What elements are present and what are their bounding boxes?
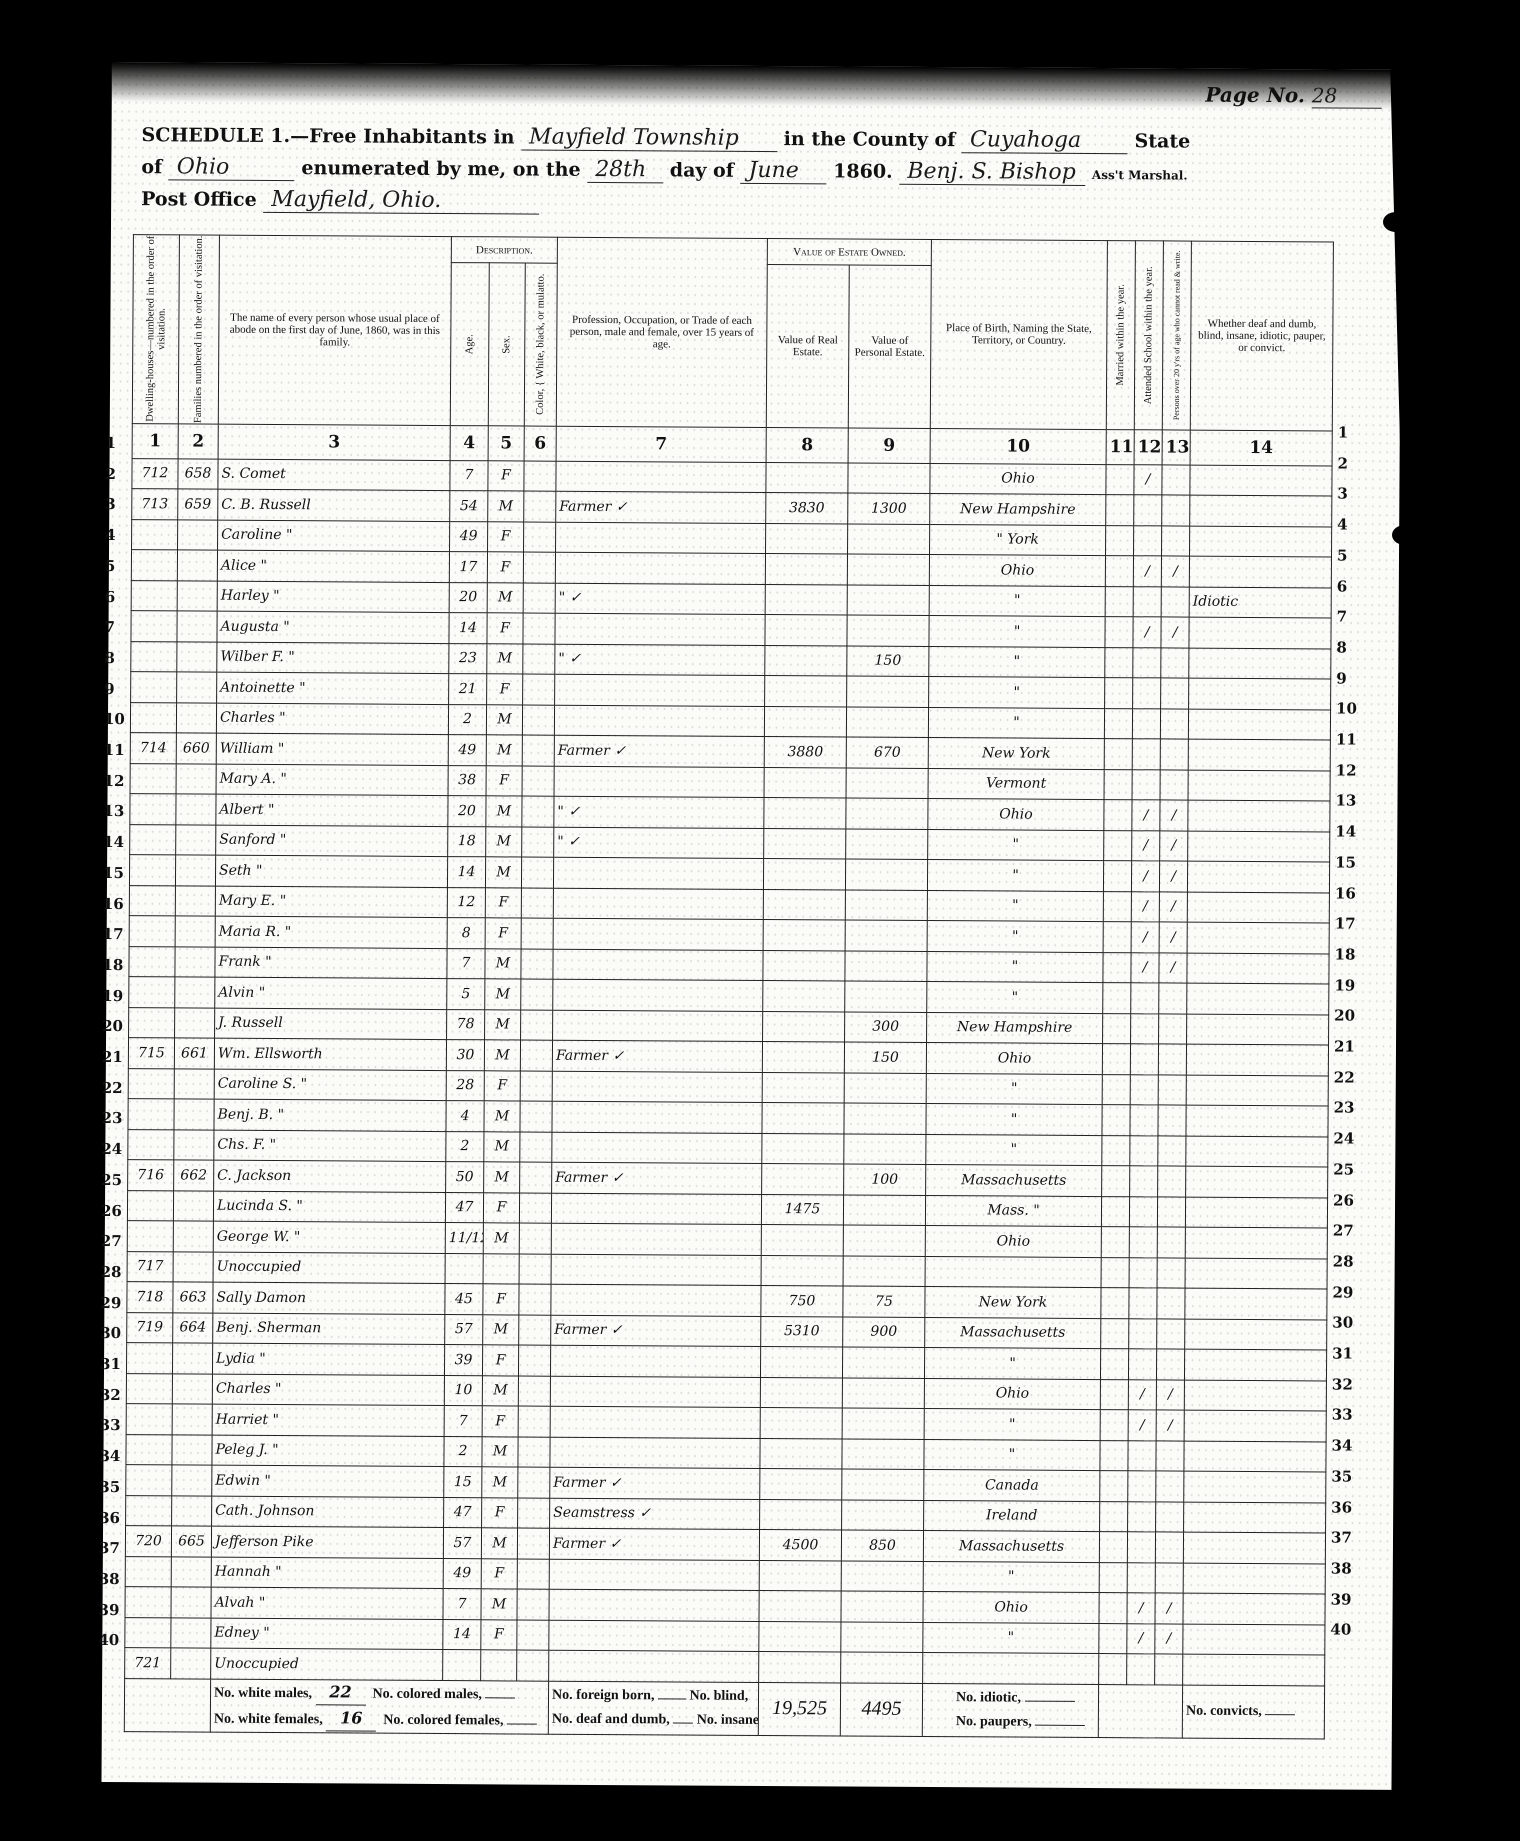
person-name: Harley " [217, 581, 449, 613]
col-occupation-header: Profession, Occupation, or Trade of each… [556, 237, 767, 427]
family-number [174, 1099, 214, 1130]
line-number: 5 [105, 557, 116, 575]
age: 49 [450, 521, 488, 552]
line-number: 25 [101, 1171, 122, 1189]
illiterate-mark: / [1161, 617, 1189, 648]
line-number: 14 [103, 833, 124, 851]
color [519, 1254, 551, 1285]
illiterate-mark [1157, 1318, 1185, 1349]
age: 17 [449, 552, 487, 583]
age: 28 [446, 1070, 484, 1101]
personal-estate-value: 150 [847, 646, 929, 677]
binder-hole [1410, 1450, 1436, 1470]
condition-note [1190, 465, 1332, 496]
person-name: Alvah " [211, 1587, 443, 1619]
condition-note [1187, 1014, 1329, 1045]
occupation [550, 1376, 760, 1408]
right-line-number: 3 [1337, 485, 1348, 503]
estate-group-header: Value of Estate Owned. [767, 239, 931, 266]
color [521, 1010, 553, 1041]
right-line-number: 21 [1334, 1037, 1355, 1055]
real-estate-value: 4500 [759, 1529, 841, 1560]
person-name: Edwin " [212, 1465, 444, 1497]
condition-note [1183, 1532, 1325, 1563]
real-estate-value [765, 676, 847, 707]
line-number: 1 [106, 434, 117, 452]
census-table: Dwelling-houses—numbered in the order of… [124, 234, 1334, 1739]
personal-estate-value [845, 890, 927, 921]
person-name: William " [216, 733, 448, 765]
age: 8 [447, 918, 485, 949]
married-mark [1102, 1135, 1130, 1166]
occupation [554, 705, 764, 737]
occupation [551, 1345, 761, 1377]
birthplace: Ohio [930, 463, 1106, 495]
age: 14 [449, 613, 487, 644]
illiterate-mark [1155, 1654, 1183, 1685]
right-line-number: 37 [1331, 1529, 1352, 1547]
school-mark: / [1132, 861, 1160, 892]
line-number: 36 [99, 1508, 120, 1526]
color [523, 583, 555, 614]
family-number [175, 946, 215, 977]
personal-estate-value [842, 1439, 924, 1470]
col-number: 3 [218, 424, 450, 460]
col-number: 7 [556, 426, 766, 462]
right-line-number: 40 [1330, 1621, 1351, 1639]
right-line-number: 38 [1331, 1559, 1352, 1577]
person-name: Augusta " [217, 611, 449, 643]
color [518, 1376, 550, 1407]
dwelling-number: 714 [130, 733, 176, 764]
color [519, 1284, 551, 1315]
col-number: 11 [1106, 429, 1134, 464]
census-page: Page No. 28 SCHEDULE 1.—Free Inhabitants… [101, 62, 1401, 1790]
person-name: Frank " [215, 947, 447, 979]
color [520, 1101, 552, 1132]
color [524, 461, 556, 492]
illiterate-mark [1161, 586, 1189, 617]
family-number [177, 672, 217, 703]
state-label: State [1135, 130, 1191, 152]
binder-hole [1400, 835, 1426, 855]
real-estate-value [760, 1499, 842, 1530]
age: 12 [447, 887, 485, 918]
condition-note [1184, 1502, 1326, 1533]
person-name: C. Jackson [214, 1160, 446, 1192]
right-line-number: 17 [1335, 915, 1356, 933]
real-estate-value [763, 859, 845, 890]
birthplace: Ohio [923, 1591, 1099, 1623]
personal-estate-value [844, 1134, 926, 1165]
married-mark [1104, 769, 1132, 800]
line-number: 40 [98, 1631, 119, 1649]
occupation [553, 857, 763, 889]
dwelling-number [126, 1373, 172, 1404]
family-number: 661 [174, 1038, 214, 1069]
sex [483, 1253, 519, 1284]
sex: M [485, 979, 521, 1010]
occupation [553, 949, 763, 981]
illiterate-mark [1162, 495, 1190, 526]
birthplace: " York [930, 524, 1106, 556]
occupation: " ✓ [554, 827, 764, 859]
birthplace: Ohio [925, 1226, 1101, 1258]
real-estate-value [762, 1072, 844, 1103]
illiterate-mark [1162, 464, 1190, 495]
personal-estate-value [842, 1469, 924, 1500]
dwelling-number [128, 1129, 174, 1160]
condition-note [1186, 1105, 1328, 1136]
dwelling-number: 721 [125, 1648, 171, 1679]
real-estate-value [759, 1621, 841, 1652]
col-age-header: Age. [450, 263, 489, 426]
illiterate-mark [1157, 1288, 1185, 1319]
occupation [552, 1071, 762, 1103]
col-number: 2 [178, 423, 218, 458]
convicts-label: No. convicts, [1186, 1703, 1262, 1718]
color [518, 1406, 550, 1437]
schedule-header-line2: of Ohio enumerated by me, on the 28th da… [141, 154, 1187, 186]
color [522, 766, 554, 797]
occupation: Farmer ✓ [552, 1162, 762, 1194]
age: 18 [448, 826, 486, 857]
dwelling-number [125, 1587, 171, 1618]
totals-white-colored: No. white males, 22 No. colored males, N… [210, 1679, 548, 1734]
real-estate-value [766, 462, 848, 493]
personal-estate-value [846, 707, 928, 738]
color [520, 1162, 552, 1193]
dwelling-number: 719 [127, 1312, 173, 1343]
family-number [177, 611, 217, 642]
col-illiterate-header: Persons over 20 y'rs of age who cannot r… [1162, 241, 1191, 430]
person-name: Cath. Johnson [212, 1496, 444, 1528]
birthplace [923, 1652, 1099, 1684]
col-dwelling-header: Dwelling-houses—numbered in the order of… [132, 235, 179, 424]
dwelling-number [128, 1068, 174, 1099]
condition-note [1188, 709, 1330, 740]
right-line-number: 4 [1337, 516, 1348, 534]
sex: F [482, 1406, 518, 1437]
family-number [174, 1068, 214, 1099]
dwelling-number: 718 [127, 1282, 173, 1313]
school-mark: / [1127, 1623, 1155, 1654]
condition-note [1183, 1654, 1325, 1685]
birthplace: " [926, 1073, 1102, 1105]
color [521, 857, 553, 888]
color [521, 918, 553, 949]
illiterate-mark: / [1155, 1593, 1183, 1624]
sex: M [487, 582, 523, 613]
sex: M [482, 1467, 518, 1498]
person-name: Mary E. " [215, 886, 447, 918]
binder-hole [1383, 212, 1409, 232]
family-number: 665 [171, 1526, 211, 1557]
real-estate-value [762, 1103, 844, 1134]
occupation [551, 1223, 761, 1255]
illiterate-mark: / [1156, 1410, 1184, 1441]
month-field: June [741, 158, 827, 185]
dwelling-number: 717 [127, 1251, 173, 1282]
right-line-number: 13 [1335, 792, 1356, 810]
age: 2 [444, 1436, 482, 1467]
real-estate-value [764, 767, 846, 798]
birthplace: Ohio [929, 555, 1105, 587]
person-name: Chs. F. " [214, 1130, 446, 1162]
school-mark [1128, 1501, 1156, 1532]
personal-estate-value [846, 798, 928, 829]
illiterate-mark [1158, 1166, 1186, 1197]
page-number-value: 28 [1312, 83, 1382, 108]
personal-estate-value: 850 [841, 1530, 923, 1561]
condition-note [1185, 1197, 1327, 1228]
line-number: 37 [99, 1539, 120, 1557]
real-estate-value: 5310 [761, 1316, 843, 1347]
line-number: 20 [102, 1017, 123, 1035]
sex: M [482, 1375, 518, 1406]
age [445, 1253, 483, 1284]
col-number: 10 [930, 428, 1106, 464]
family-number [177, 580, 217, 611]
person-name: Alvin " [215, 977, 447, 1009]
line-number: 31 [100, 1355, 121, 1373]
color [517, 1528, 549, 1559]
married-mark [1106, 495, 1134, 526]
sex: F [482, 1497, 518, 1528]
illiterate-mark [1156, 1440, 1184, 1471]
school-mark: / [1128, 1410, 1156, 1441]
birthplace: Ohio [928, 799, 1104, 831]
line-number: 26 [101, 1201, 122, 1219]
family-number [176, 824, 216, 855]
color [523, 613, 555, 644]
illiterate-mark [1158, 1044, 1186, 1075]
illiterate-mark: / [1159, 891, 1187, 922]
family-number [174, 1129, 214, 1160]
right-line-number: 20 [1334, 1007, 1355, 1025]
school-mark [1129, 1227, 1157, 1258]
married-mark [1103, 983, 1131, 1014]
color [517, 1559, 549, 1590]
personal-estate-value [847, 585, 929, 616]
right-line-number: 19 [1334, 976, 1355, 994]
illiterate-mark: / [1161, 556, 1189, 587]
married-mark [1099, 1623, 1127, 1654]
school-mark: / [1132, 830, 1160, 861]
line-number: 18 [102, 956, 123, 974]
color [524, 522, 556, 553]
birthplace: " [927, 982, 1103, 1014]
school-mark [1128, 1471, 1156, 1502]
sex: M [481, 1589, 517, 1620]
line-number: 2 [105, 465, 116, 483]
real-estate-value [763, 950, 845, 981]
color [518, 1467, 550, 1498]
age: 7 [447, 948, 485, 979]
color [519, 1315, 551, 1346]
family-number [178, 519, 218, 550]
dwelling-number [129, 977, 175, 1008]
age: 50 [446, 1162, 484, 1193]
occupation: Farmer ✓ [550, 1467, 760, 1499]
right-line-number: 34 [1332, 1437, 1353, 1455]
married-mark [1099, 1532, 1127, 1563]
birthplace [925, 1256, 1101, 1288]
personal-estate-value [845, 951, 927, 982]
day-of-label: day of [670, 159, 734, 181]
color [520, 1132, 552, 1163]
col-number: 13 [1162, 429, 1190, 464]
right-line-number: 9 [1336, 669, 1347, 687]
sex: M [482, 1436, 518, 1467]
birthplace: " [929, 646, 1105, 678]
sex: F [481, 1619, 517, 1650]
line-number: 24 [101, 1140, 122, 1158]
family-number [175, 885, 215, 916]
age: 21 [449, 674, 487, 705]
school-mark: / [1133, 556, 1161, 587]
state-field: Ohio [169, 154, 295, 181]
birthplace: " [923, 1561, 1099, 1593]
enumerated-label: enumerated by me, on the [301, 157, 580, 181]
line-number: 6 [105, 587, 116, 605]
birthplace: Ohio [926, 1043, 1102, 1075]
person-name: Maria R. " [215, 916, 447, 948]
color [522, 705, 554, 736]
married-mark [1104, 708, 1132, 739]
personal-estate-value [845, 859, 927, 890]
married-mark [1104, 830, 1132, 861]
col-color-header: Color, { White, black, or mulatto. [524, 263, 557, 426]
person-name: Caroline " [218, 520, 450, 552]
occupation: Farmer ✓ [549, 1528, 759, 1560]
occupation [549, 1559, 759, 1591]
age: 2 [448, 704, 486, 735]
illiterate-mark [1158, 1074, 1186, 1105]
occupation [556, 461, 766, 493]
sex: M [481, 1528, 517, 1559]
real-estate-value [763, 889, 845, 920]
married-mark [1102, 1074, 1130, 1105]
illiterate-mark [1158, 1105, 1186, 1136]
personal-estate-value [847, 615, 929, 646]
birthplace: " [929, 616, 1105, 648]
family-number [177, 641, 217, 672]
colored-females-label: No. colored females, [383, 1712, 503, 1728]
real-estate-value [759, 1560, 841, 1591]
family-number [175, 1007, 215, 1038]
condition-note [1187, 983, 1329, 1014]
condition-note [1184, 1410, 1326, 1441]
birthplace: Mass. " [925, 1195, 1101, 1227]
person-name: Mary A. " [216, 764, 448, 796]
binder-hole [1392, 525, 1418, 545]
sex: M [486, 796, 522, 827]
condition-note [1187, 892, 1329, 923]
col-number: 1 [132, 423, 178, 458]
real-estate-value: 750 [761, 1286, 843, 1317]
illiterate-mark [1156, 1471, 1184, 1502]
illiterate-mark [1155, 1532, 1183, 1563]
birthplace: New Hampshire [930, 494, 1106, 526]
dwelling-number [127, 1221, 173, 1252]
line-number: 7 [104, 618, 115, 636]
sex: F [486, 765, 522, 796]
line-number: 21 [102, 1048, 123, 1066]
personal-estate-value: 75 [843, 1286, 925, 1317]
color [522, 735, 554, 766]
sex: F [482, 1345, 518, 1376]
family-number: 662 [174, 1160, 214, 1191]
married-mark [1104, 861, 1132, 892]
school-mark: / [1134, 464, 1162, 495]
birthplace: " [925, 1348, 1101, 1380]
personal-estate-value [841, 1560, 923, 1591]
family-number: 659 [178, 489, 218, 520]
family-number [176, 702, 216, 733]
line-number: 34 [99, 1447, 120, 1465]
real-estate-value [766, 523, 848, 554]
married-mark [1103, 1013, 1131, 1044]
person-name: C. B. Russell [218, 489, 450, 521]
real-estate-value [764, 706, 846, 737]
condition-note [1186, 1136, 1328, 1167]
illiterate-mark [1159, 1013, 1187, 1044]
real-estate-value [760, 1438, 842, 1469]
occupation [549, 1650, 759, 1682]
schedule-label: SCHEDULE 1.—Free Inhabitants in [141, 124, 514, 148]
birthplace: Ireland [924, 1500, 1100, 1532]
age: 57 [445, 1314, 483, 1345]
census-rows: 712658S. Comet7FOhio/713659C. B. Russell… [125, 458, 1332, 1685]
col-number: 8 [766, 427, 848, 463]
occupation [553, 888, 763, 920]
dwelling-number [126, 1465, 172, 1496]
personal-estate-value: 100 [844, 1164, 926, 1195]
right-line-number: 28 [1333, 1252, 1354, 1270]
day-field: 28th [587, 157, 663, 183]
real-estate-value [763, 981, 845, 1012]
right-line-number: 6 [1337, 577, 1348, 595]
dwelling-number: 713 [132, 489, 178, 520]
married-mark [1105, 617, 1133, 648]
married-mark [1102, 1166, 1130, 1197]
school-mark [1130, 1135, 1158, 1166]
right-line-number: 32 [1332, 1375, 1353, 1393]
dwelling-number: 720 [125, 1526, 171, 1557]
real-estate-value [762, 1133, 844, 1164]
of-label: of [141, 156, 162, 178]
married-mark [1101, 1227, 1129, 1258]
dwelling-number [129, 885, 175, 916]
right-line-number: 26 [1333, 1191, 1354, 1209]
line-number: 15 [103, 864, 124, 882]
personal-estate-value: 670 [846, 737, 928, 768]
color [517, 1589, 549, 1620]
occupation: Farmer ✓ [552, 1040, 762, 1072]
married-mark [1105, 556, 1133, 587]
right-line-number: 35 [1331, 1467, 1352, 1485]
birthplace: " [928, 707, 1104, 739]
illiterate-mark [1157, 1227, 1185, 1258]
illiterate-mark [1156, 1501, 1184, 1532]
personal-estate-value [843, 1225, 925, 1256]
birthplace: " [929, 677, 1105, 709]
condition-note [1184, 1380, 1326, 1411]
occupation [556, 522, 766, 554]
person-name: J. Russell [215, 1008, 447, 1040]
color [521, 979, 553, 1010]
